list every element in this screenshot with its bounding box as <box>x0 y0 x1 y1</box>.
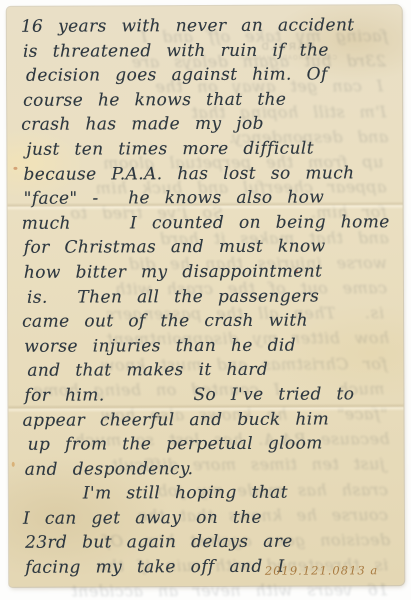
accession-number: 2019.121.0813 a <box>265 563 378 577</box>
screenshot-root: { "document": { "kind": "handwritten-let… <box>0 0 411 600</box>
letter-line: for Christmas and must know <box>24 235 397 261</box>
letter-line: up from the perpetual gloom <box>28 431 401 457</box>
letter-line: for him. So I've tried to <box>24 382 397 408</box>
letter-line: is threatened with ruin if the <box>23 38 396 64</box>
letter-line: just ten times more difficult <box>26 136 399 162</box>
letter-line: decision goes against him. Of <box>26 62 399 88</box>
letter-page: facing my take off and I23rd but again d… <box>7 5 405 587</box>
letter-line: much I counted on being home <box>22 210 395 236</box>
letter-line: appear cheerful and buck him <box>22 407 395 433</box>
letter-line: is. Then all the passengers <box>27 284 400 310</box>
letter-line: because P.A.A. has lost so much <box>23 161 396 187</box>
letter-body: 16 years with never an accidentis threat… <box>7 5 404 580</box>
letter-line: came out of the crash with <box>22 308 395 334</box>
letter-line: crash has made my job <box>21 112 394 138</box>
letter-line: worse injuries than he did <box>24 333 397 359</box>
letter-line: I can get away on the <box>23 505 396 531</box>
letter-line: course he knows that the <box>23 87 396 113</box>
handwriting-layer: 16 years with never an accidentis threat… <box>7 5 405 587</box>
letter-line: 23rd but again delays are <box>25 530 398 556</box>
letter-line: "face" - he knows also how <box>24 185 397 211</box>
letter-line: I'm still hoping that <box>25 480 398 506</box>
letter-line: 16 years with never an accident <box>21 13 394 39</box>
letter-line: and despondency. <box>25 456 398 482</box>
letter-line: how bitter my disappointment <box>24 259 397 285</box>
letter-line: and that makes it hard <box>27 357 400 383</box>
